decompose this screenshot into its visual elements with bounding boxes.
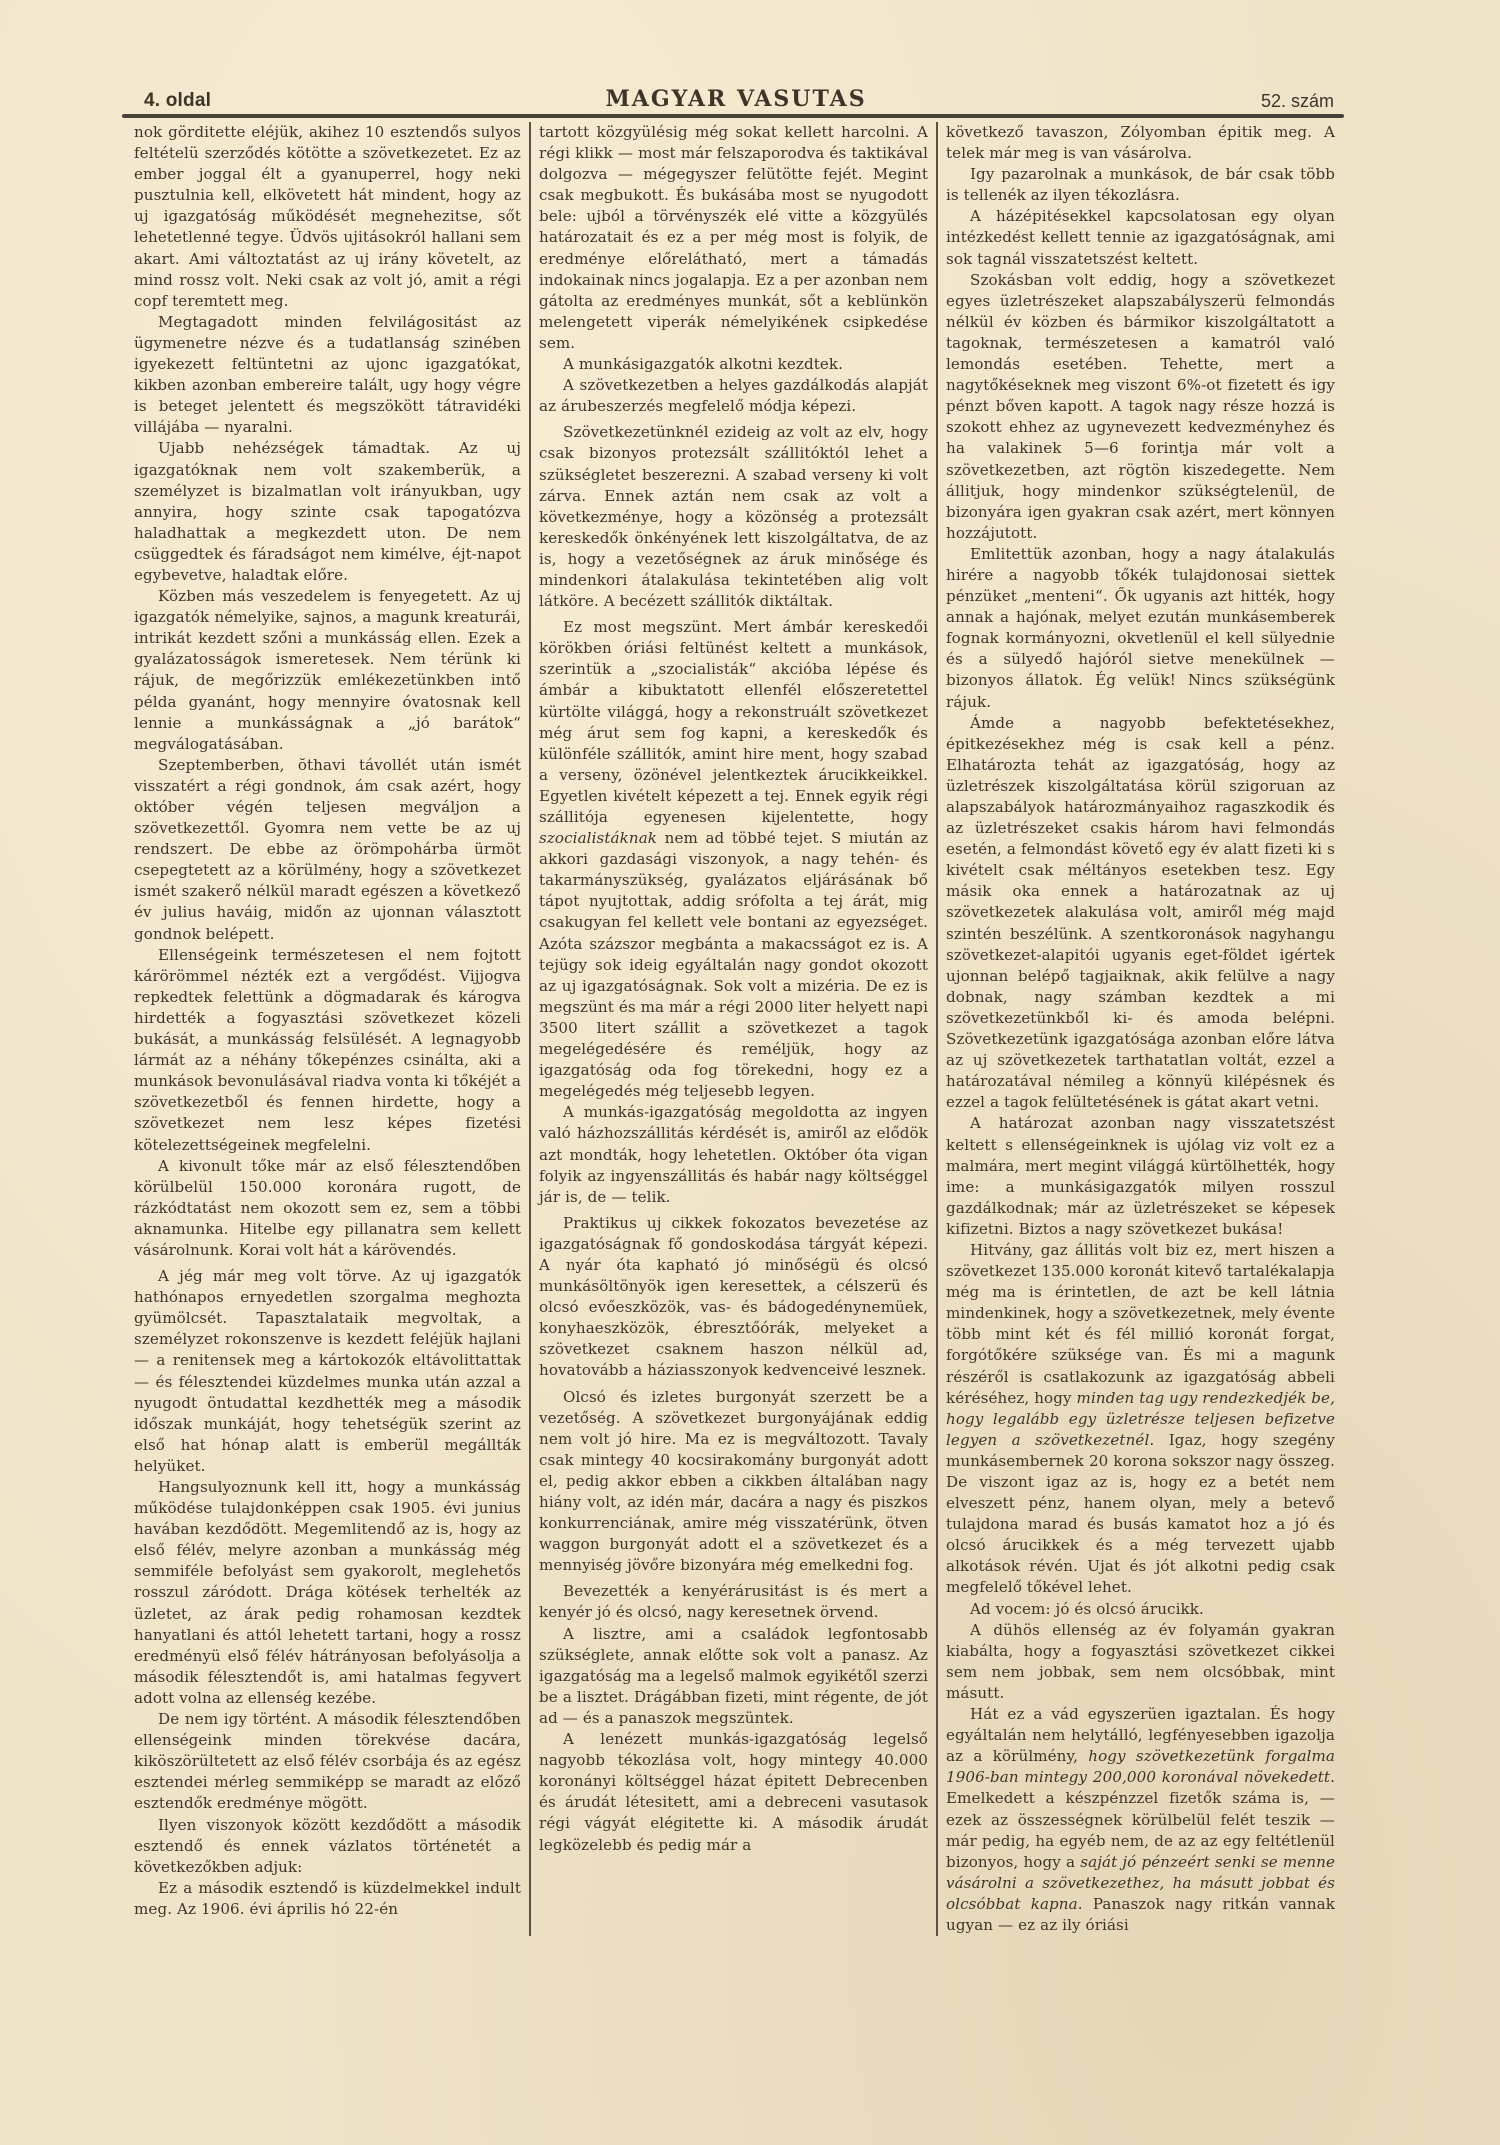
paragraph: A munkás-igazgatóság megoldotta az ingye… bbox=[539, 1102, 928, 1207]
paragraph: Igy pazarolnak a munkások, de bár csak t… bbox=[946, 164, 1335, 206]
paragraph: Ad vocem: jó és olcsó árucikk. bbox=[946, 1599, 1335, 1620]
paragraph: Szövetkezetünknél ezideig az volt az elv… bbox=[539, 422, 928, 612]
publication-title: MAGYAR VASUTAS bbox=[605, 86, 866, 112]
page-header: 4. oldal MAGYAR VASUTAS 52. szám bbox=[122, 84, 1344, 112]
paragraph: tartott közgyülésig még sokat kellett ha… bbox=[539, 122, 928, 354]
paragraph: Bevezették a kenyérárusitást is és mert … bbox=[539, 1581, 928, 1623]
header-rule bbox=[122, 114, 1344, 118]
emphasized-text: szocialistáknak bbox=[539, 829, 657, 847]
column-1: nok görditette eléjük, akihez 10 esztend… bbox=[122, 122, 529, 1936]
paragraph: A munkásigazgatók alkotni kezdtek. bbox=[539, 354, 928, 375]
newspaper-page: 4. oldal MAGYAR VASUTAS 52. szám nok gör… bbox=[122, 84, 1344, 1936]
paragraph: Hangsulyoznunk kell itt, hogy a munkássá… bbox=[134, 1477, 521, 1709]
emphasized-text: saját jó pénzeért senki se menne vásárol… bbox=[946, 1853, 1335, 1913]
issue-number: 52. szám bbox=[1261, 91, 1334, 112]
paragraph: Ez a második esztendő is küzdelmekkel in… bbox=[134, 1878, 521, 1920]
paragraph: következő tavaszon, Zólyomban épitik meg… bbox=[946, 122, 1335, 164]
paragraph: Szeptemberben, ŏthavi távollét után ismé… bbox=[134, 755, 521, 945]
paragraph: Ujabb nehézségek támadtak. Az uj igazgat… bbox=[134, 438, 521, 586]
paragraph: Hát ez a vád egyszerüen igaztalan. És ho… bbox=[946, 1704, 1335, 1936]
paragraph: nok görditette eléjük, akihez 10 esztend… bbox=[134, 122, 521, 312]
column-2: tartott közgyülésig még sokat kellett ha… bbox=[529, 122, 936, 1936]
paragraph: Ilyen viszonyok között kezdődött a másod… bbox=[134, 1815, 521, 1878]
emphasized-text: minden tag ugy rendezkedjék be, hogy leg… bbox=[946, 1389, 1335, 1449]
columns-container: nok görditette eléjük, akihez 10 esztend… bbox=[122, 122, 1344, 1936]
paragraph: Ellenségeink természetesen el nem fojtot… bbox=[134, 945, 521, 1156]
paragraph: A jég már meg volt törve. Az uj igazgató… bbox=[134, 1266, 521, 1477]
paragraph: A házépitésekkel kapcsolatosan egy olyan… bbox=[946, 206, 1335, 269]
paragraph: A dühös ellenség az év folyamán gyakran … bbox=[946, 1620, 1335, 1704]
paragraph: A határozat azonban nagy visszatetszést … bbox=[946, 1113, 1335, 1240]
paragraph: A lenézett munkás-igazgatóság legelső na… bbox=[539, 1729, 928, 1856]
column-3: következő tavaszon, Zólyomban épitik meg… bbox=[936, 122, 1343, 1936]
paragraph: A lisztre, ami a családok legfontosabb s… bbox=[539, 1624, 928, 1729]
paragraph: Praktikus uj cikkek fokozatos bevezetése… bbox=[539, 1213, 928, 1382]
paragraph: A kivonult tőke már az első félesztendőb… bbox=[134, 1156, 521, 1261]
paragraph: Közben más veszedelem is fenyegetett. Az… bbox=[134, 586, 521, 755]
emphasized-text: hogy szövetkezetünk forgalma 1906-ban mi… bbox=[946, 1747, 1335, 1786]
paragraph: Emlitettük azonban, hogy a nagy átalakul… bbox=[946, 544, 1335, 713]
paragraph: Szokásban volt eddig, hogy a szövetkezet… bbox=[946, 270, 1335, 544]
paragraph: Hitvány, gaz állitás volt biz ez, mert h… bbox=[946, 1240, 1335, 1599]
paragraph: A szövetkezetben a helyes gazdálkodás al… bbox=[539, 375, 928, 417]
paragraph: Ez most megszünt. Mert ámbár kereskedői … bbox=[539, 617, 928, 1102]
paragraph: Ámde a nagyobb befektetésekhez, épitkezé… bbox=[946, 713, 1335, 1114]
page-number-label: 4. oldal bbox=[144, 90, 211, 112]
paragraph: De nem igy történt. A második félesztend… bbox=[134, 1709, 521, 1814]
paragraph: Olcsó és izletes burgonyát szerzett be a… bbox=[539, 1387, 928, 1577]
paragraph: Megtagadott minden felvilágositást az üg… bbox=[134, 312, 521, 439]
